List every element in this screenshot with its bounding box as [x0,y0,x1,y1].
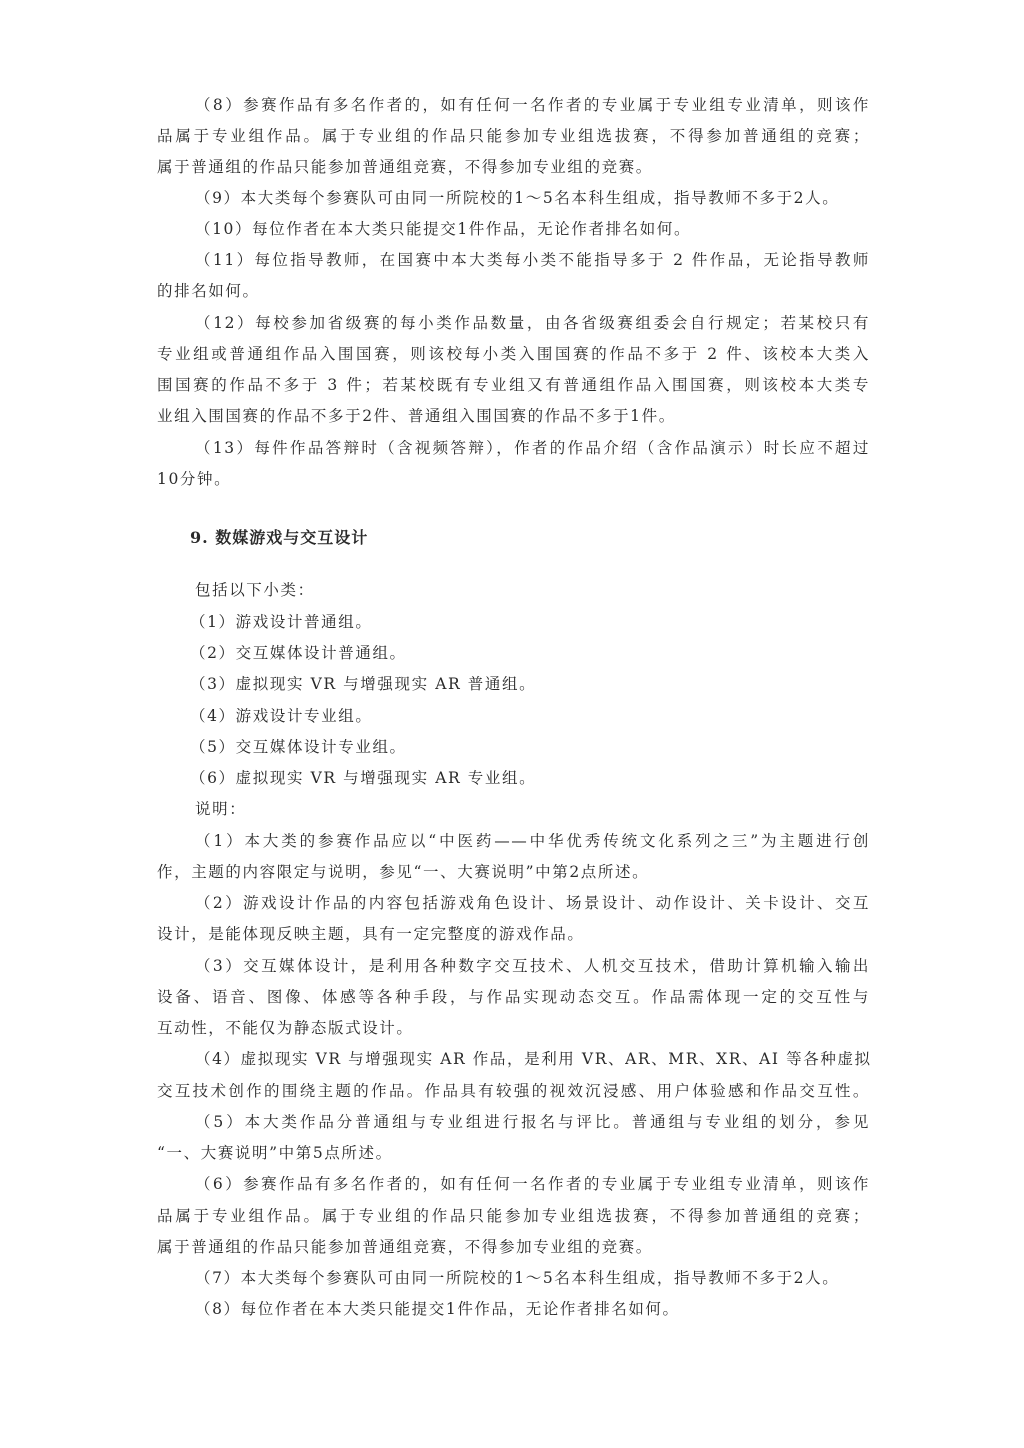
paragraph-line: 的排名如何。 [157,281,870,301]
paragraph-line: （7）本大类每个参赛队可由同一所院校的1～5名本科生组成，指导教师不多于2人。 [195,1268,870,1288]
list-item: （2）交互媒体设计普通组。 [190,643,903,663]
paragraph-line: （12）每校参加省级赛的每小类作品数量，由各省级赛组委会自行规定；若某校只有 [195,313,870,333]
paragraph-line: 互动性，不能仅为静态版式设计。 [157,1018,870,1038]
paragraph-line: 10分钟。 [157,469,870,489]
list-item: （1）游戏设计普通组。 [190,612,903,632]
subcategory-intro: 包括以下小类： [195,580,870,600]
paragraph-line: （6）参赛作品有多名作者的，如有任何一名作者的专业属于专业组专业清单，则该作 [195,1174,870,1194]
paragraph-line: 作，主题的内容限定与说明，参见“一、大赛说明”中第2点所述。 [157,862,870,882]
document-page: （8）参赛作品有多名作者的，如有任何一名作者的专业属于专业组专业清单，则该作 品… [0,0,1024,1448]
paragraph-line: （8）每位作者在本大类只能提交1件作品，无论作者排名如何。 [195,1299,870,1319]
paragraph-line: （9）本大类每个参赛队可由同一所院校的1～5名本科生组成，指导教师不多于2人。 [195,188,870,208]
list-item: （6）虚拟现实 VR 与增强现实 AR 专业组。 [190,768,903,788]
list-item: （5）交互媒体设计专业组。 [190,737,903,757]
paragraph-line: 属于普通组的作品只能参加普通组竞赛，不得参加专业组的竞赛。 [157,1237,870,1257]
paragraph-line: （8）参赛作品有多名作者的，如有任何一名作者的专业属于专业组专业清单，则该作 [195,95,870,115]
paragraph-line: 设备、语音、图像、体感等各种手段，与作品实现动态交互。作品需体现一定的交互性与 [157,987,870,1007]
paragraph-line: （11）每位指导教师，在国赛中本大类每小类不能指导多于 2 件作品，无论指导教师 [195,250,870,270]
paragraph-line: 交互技术创作的围绕主题的作品。作品具有较强的视效沉浸感、用户体验感和作品交互性。 [157,1081,870,1101]
paragraph-line: 品属于专业组作品。属于专业组的作品只能参加专业组选拔赛，不得参加普通组的竞赛； [157,1206,870,1226]
paragraph-line: （2）游戏设计作品的内容包括游戏角色设计、场景设计、动作设计、关卡设计、交互 [195,893,870,913]
paragraph-line: 围国赛的作品不多于 3 件；若某校既有专业组又有普通组作品入围国赛，则该校本大类… [157,375,870,395]
paragraph-line: （10）每位作者在本大类只能提交1件作品，无论作者排名如何。 [195,219,870,239]
paragraph-line: （5）本大类作品分普通组与专业组进行报名与评比。普通组与专业组的划分，参见 [195,1112,870,1132]
paragraph-line: 品属于专业组作品。属于专业组的作品只能参加专业组选拔赛，不得参加普通组的竞赛； [157,126,870,146]
paragraph-line: “一、大赛说明”中第5点所述。 [157,1143,870,1163]
paragraph-line: （3）交互媒体设计，是利用各种数字交互技术、人机交互技术，借助计算机输入输出 [195,956,870,976]
paragraph-line: 设计，是能体现反映主题，具有一定完整度的游戏作品。 [157,924,870,944]
paragraph-line: （1）本大类的参赛作品应以“中医药——中华优秀传统文化系列之三”为主题进行创 [195,831,870,851]
paragraph-line: 专业组或普通组作品入围国赛，则该校每小类入围国赛的作品不多于 2 件、该校本大类… [157,344,870,364]
paragraph-line: （4）虚拟现实 VR 与增强现实 AR 作品，是利用 VR、AR、MR、XR、A… [195,1049,870,1069]
section-heading: 9. 数媒游戏与交互设计 [190,528,903,548]
paragraph-line: 业组入围国赛的作品不多于2件、普通组入围国赛的作品不多于1件。 [157,406,870,426]
paragraph-line: 属于普通组的作品只能参加普通组竞赛，不得参加专业组的竞赛。 [157,157,870,177]
paragraph-line: （13）每件作品答辩时（含视频答辩），作者的作品介绍（含作品演示）时长应不超过 [195,438,870,458]
list-item: （3）虚拟现实 VR 与增强现实 AR 普通组。 [190,674,903,694]
list-item: （4）游戏设计专业组。 [190,706,903,726]
notes-label: 说明： [195,799,870,819]
